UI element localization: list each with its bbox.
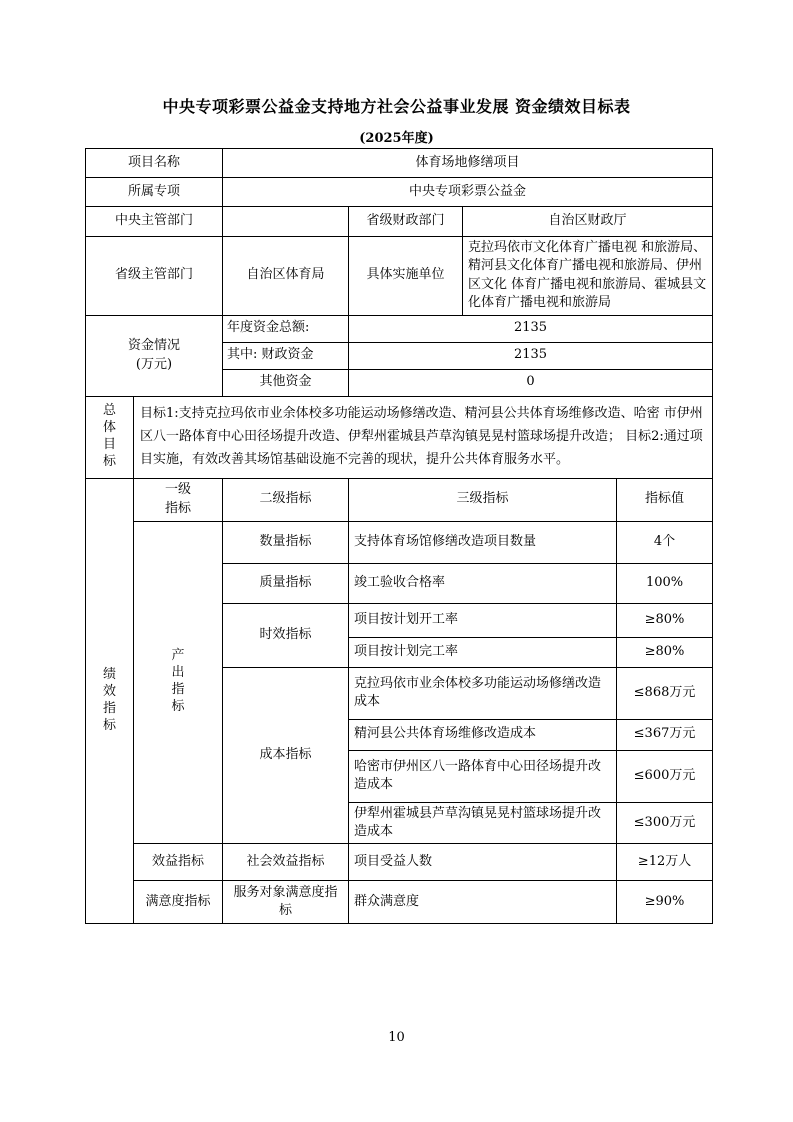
overall-goal-label: 总体目标 [86,396,134,478]
central-dept-value [223,207,349,237]
level2-quality: 质量指标 [223,563,349,603]
funding-fiscal-label: 其中: 财政资金 [223,342,349,369]
special-label: 所属专项 [86,178,223,207]
level3-cost-karamay: 克拉玛依市业余体校多功能运动场修缮改造成本 [349,667,617,719]
header-level1: 一级 指标 [134,478,223,521]
special-value: 中央专项彩票公益金 [223,178,713,207]
page-number: 10 [0,1030,793,1045]
funding-other-label: 其他资金 [223,369,349,396]
row-project-name: 项目名称 体育场地修缮项目 [86,149,713,178]
level3-cost-hami: 哈密市伊州区八一路体育中心田径场提升改造成本 [349,750,617,802]
provincial-dept-value: 自治区体育局 [223,237,349,316]
value-quantity: 4个 [617,521,713,563]
document-page: { "page": { "title": "中央专项彩票公益金支持地方社会公益事… [0,0,793,1122]
implement-label: 具体实施单位 [349,237,463,316]
page-title: 中央专项彩票公益金支持地方社会公益事业发展 资金绩效目标表 [0,94,793,117]
funding-label: 资金情况 (万元) [86,315,223,396]
central-dept-label: 中央主管部门 [86,207,223,237]
value-quality: 100% [617,563,713,603]
project-name-value: 体育场地修缮项目 [223,149,713,178]
level2-social-benefit: 社会效益指标 [223,844,349,881]
header-value: 指标值 [617,478,713,521]
funding-other-value: 0 [349,369,713,396]
funding-total-value: 2135 [349,315,713,342]
header-level2: 二级指标 [223,478,349,521]
level1-output: 产出指标 [134,521,223,844]
level1-satisfaction: 满意度指标 [134,881,223,924]
level3-beneficiaries: 项目受益人数 [349,844,617,881]
page-subtitle: (2025年度) [0,127,793,146]
value-finish-rate: ≥80% [617,637,713,667]
level3-cost-yili: 伊犁州霍城县芦草沟镇晃晃村篮球场提升改造成本 [349,802,617,844]
funding-total-label: 年度资金总额: [223,315,349,342]
indicators-section-label: 绩效指标 [86,478,134,924]
level3-public-satisfaction: 群众满意度 [349,881,617,924]
value-beneficiaries: ≥12万人 [617,844,713,881]
value-public-satisfaction: ≥90% [617,881,713,924]
row-funding-total: 资金情况 (万元) 年度资金总额: 2135 [86,315,713,342]
value-cost-karamay: ≤868万元 [617,667,713,719]
level3-quality: 竣工验收合格率 [349,563,617,603]
value-cost-jinghe: ≤367万元 [617,719,713,750]
row-indicator-header: 绩效指标 一级 指标 二级指标 三级指标 指标值 [86,478,713,521]
level2-quantity: 数量指标 [223,521,349,563]
level3-start-rate: 项目按计划开工率 [349,603,617,637]
provincial-finance-value: 自治区财政厅 [463,207,713,237]
project-name-label: 项目名称 [86,149,223,178]
value-cost-yili: ≤300万元 [617,802,713,844]
provincial-finance-label: 省级财政部门 [349,207,463,237]
level2-timeliness: 时效指标 [223,603,349,667]
level2-cost: 成本指标 [223,667,349,844]
level3-finish-rate: 项目按计划完工率 [349,637,617,667]
level3-quantity: 支持体育场馆修缮改造项目数量 [349,521,617,563]
row-satisfaction: 满意度指标 服务对象满意度指 标 群众满意度 ≥90% [86,881,713,924]
row-overall-goal: 总体目标 目标1:支持克拉玛依市业余体校多功能运动场修缮改造、精河县公共体育场维… [86,396,713,478]
level2-service-satisfaction: 服务对象满意度指 标 [223,881,349,924]
level1-benefit: 效益指标 [134,844,223,881]
row-quantity: 产出指标 数量指标 支持体育场馆修缮改造项目数量 4个 [86,521,713,563]
header-level3: 三级指标 [349,478,617,521]
provincial-dept-label: 省级主管部门 [86,237,223,316]
overall-goal-text: 目标1:支持克拉玛依市业余体校多功能运动场修缮改造、精河县公共体育场维修改造、哈… [134,396,713,478]
row-provincial-dept: 省级主管部门 自治区体育局 具体实施单位 克拉玛依市文化体育广播电视 和旅游局、… [86,237,713,316]
row-special: 所属专项 中央专项彩票公益金 [86,178,713,207]
row-central-dept: 中央主管部门 省级财政部门 自治区财政厅 [86,207,713,237]
performance-target-table: 项目名称 体育场地修缮项目 所属专项 中央专项彩票公益金 中央主管部门 省级财政… [85,148,713,924]
level3-cost-jinghe: 精河县公共体育场维修改造成本 [349,719,617,750]
implement-value: 克拉玛依市文化体育广播电视 和旅游局、精河县文化体育广播电视和旅游局、伊州区文化… [463,237,713,316]
funding-fiscal-value: 2135 [349,342,713,369]
row-benefit: 效益指标 社会效益指标 项目受益人数 ≥12万人 [86,844,713,881]
value-cost-hami: ≤600万元 [617,750,713,802]
value-start-rate: ≥80% [617,603,713,637]
